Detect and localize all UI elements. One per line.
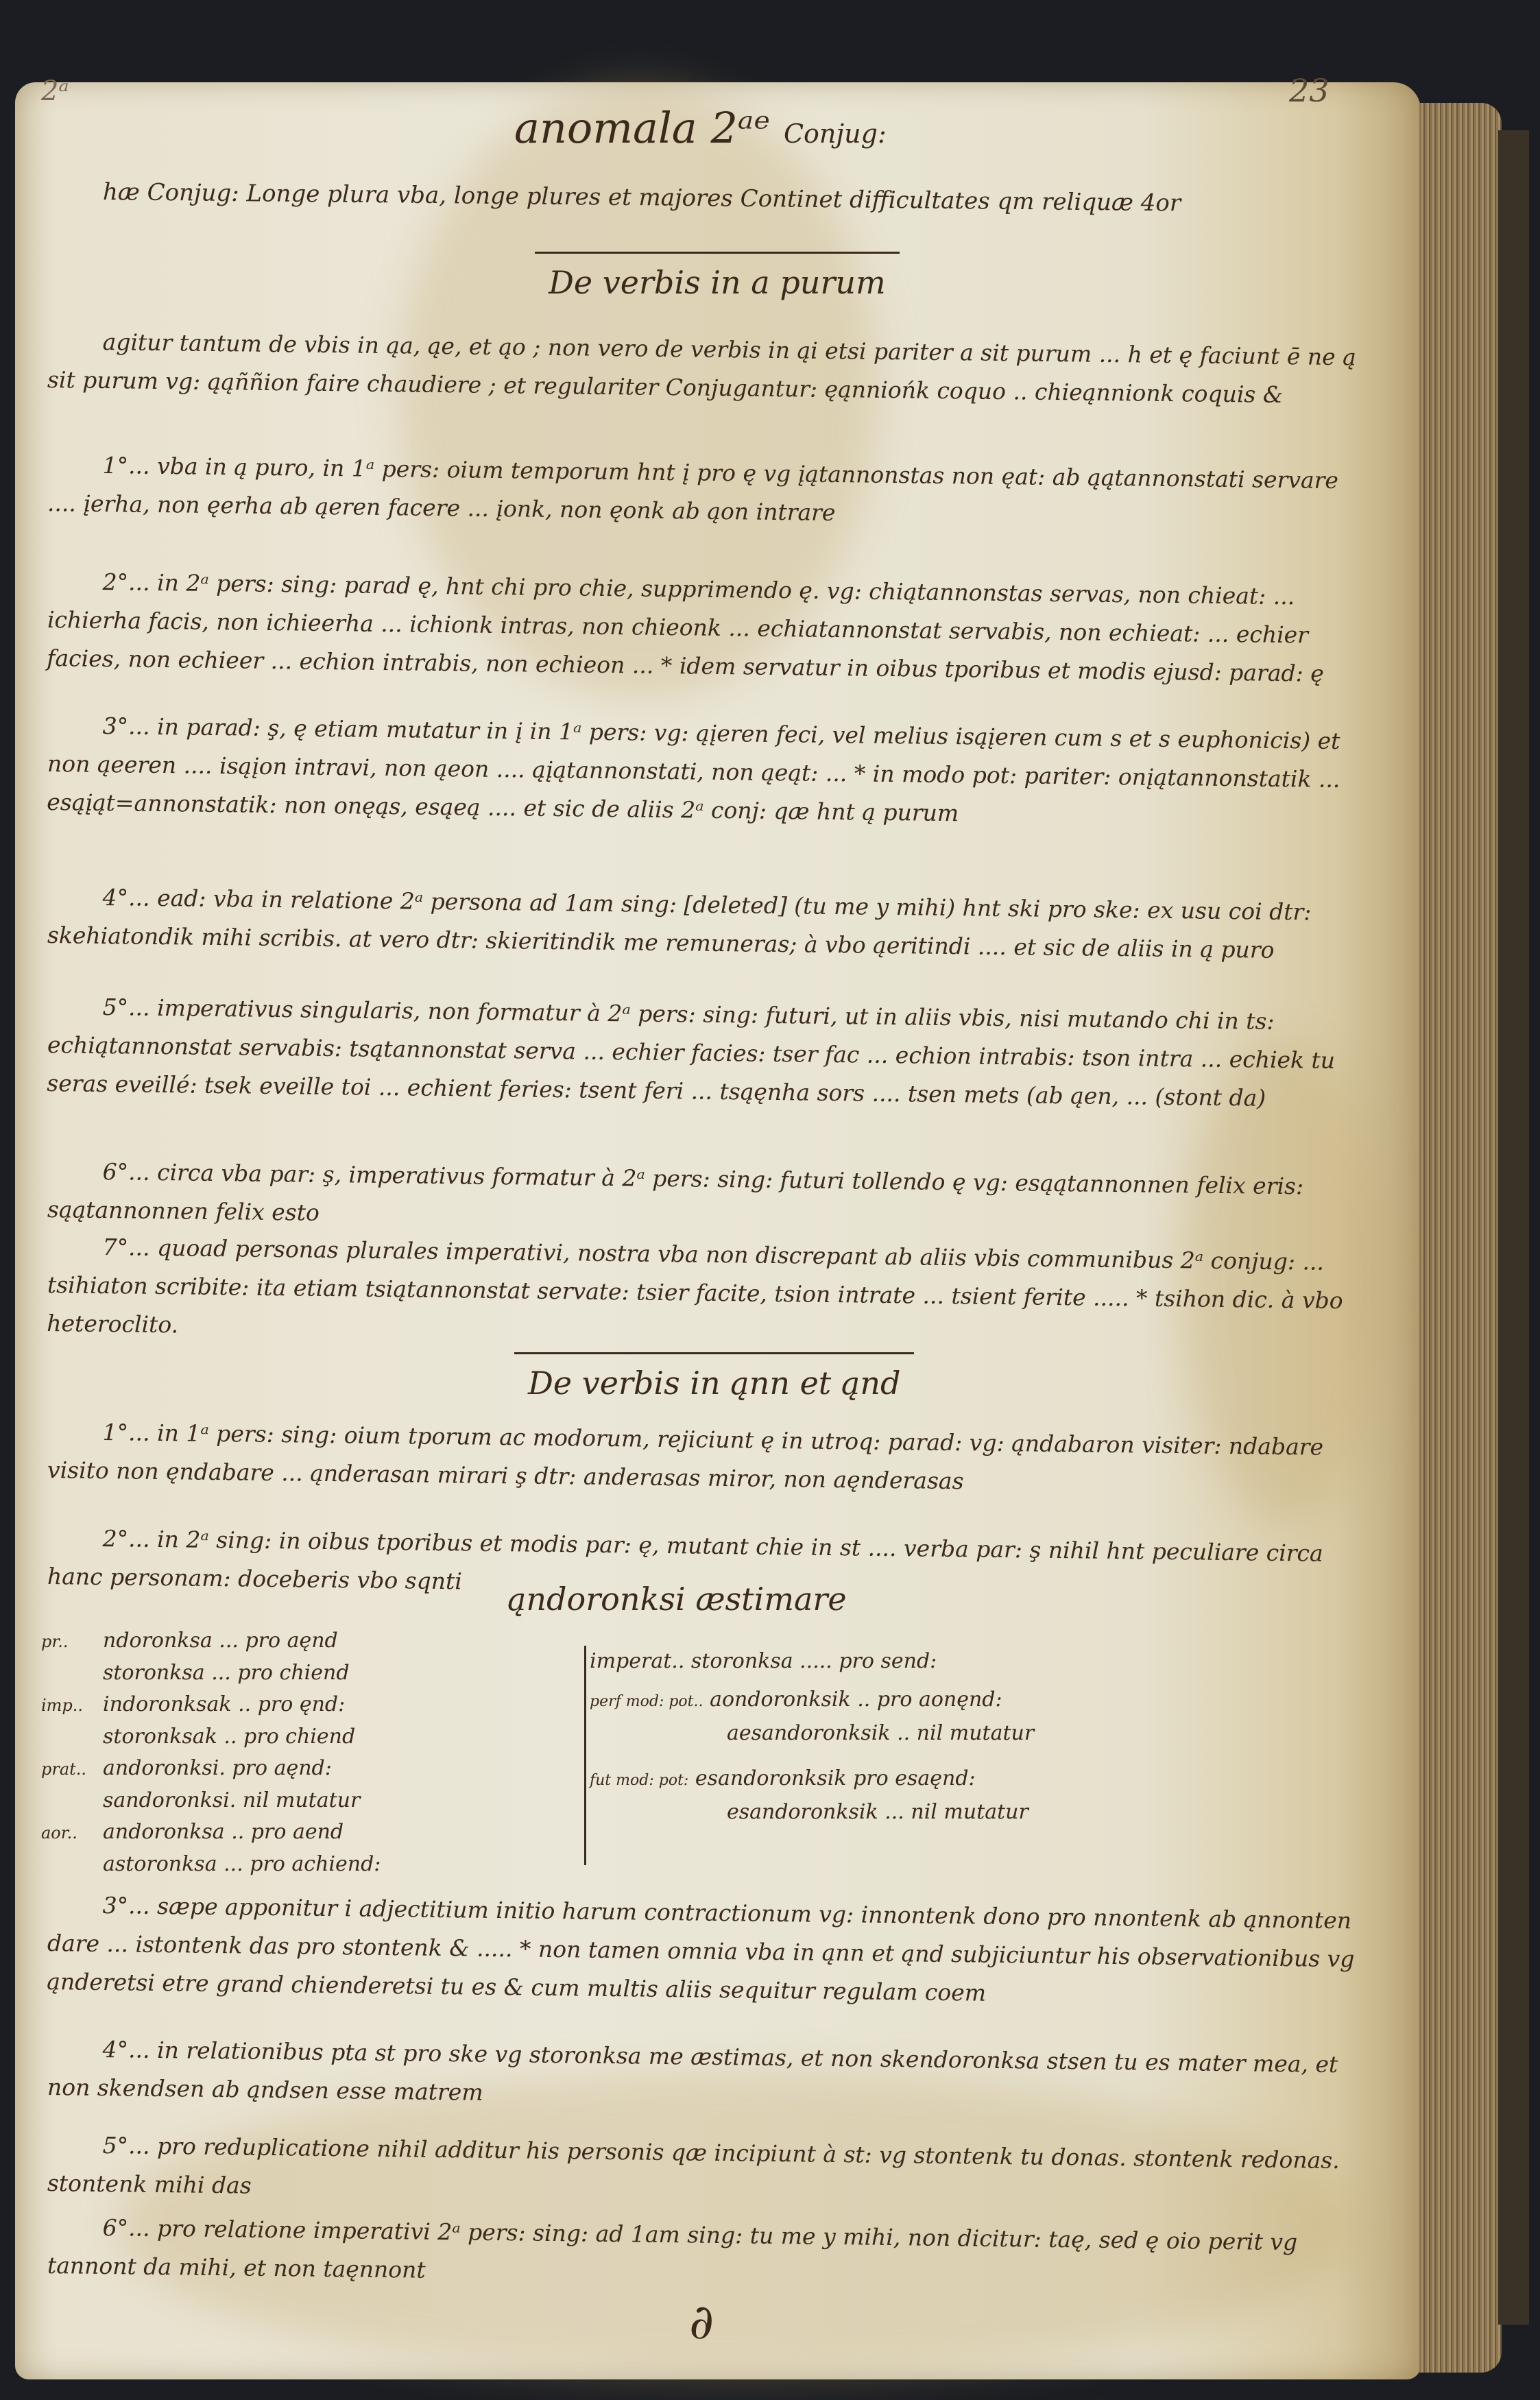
table-row: prat..andoronksi. pro aęnd: bbox=[41, 1753, 381, 1785]
form: storonksa ... pro chiend bbox=[41, 1657, 381, 1689]
conjugation-table-left: pr..ndoronksa ... pro aęnd storonksa ...… bbox=[41, 1625, 381, 1880]
paragraph-text: 1°... vba in ą puro, in 1ᵃ pers: oium te… bbox=[47, 452, 1338, 526]
form: andoronksa .. pro aend bbox=[103, 1820, 344, 1844]
paragraph: 7°... quoad personas plurales imperativi… bbox=[47, 1227, 1371, 1359]
finis-flourish: ∂ bbox=[689, 2294, 714, 2350]
form: indoronksak .. pro ęnd: bbox=[103, 1692, 345, 1716]
table-row: aor..andoronksa .. pro aend bbox=[41, 1816, 381, 1849]
page-title: anomala 2ᵃᵉ Conjug: bbox=[514, 103, 887, 153]
mood-label: fut mod: pot: bbox=[590, 1772, 688, 1789]
bracket-line bbox=[584, 1646, 586, 1865]
paragraph-text: 1°... in 1ᵃ pers: sing: oium tporum ac m… bbox=[47, 1419, 1324, 1494]
table-row: imp..indoronksak .. pro ęnd: bbox=[41, 1689, 381, 1721]
paragraph: 5°... pro reduplicatione nihil additur h… bbox=[47, 2126, 1371, 2219]
paragraph: 1°... vba in ą puro, in 1ᵃ pers: oium te… bbox=[47, 446, 1371, 539]
conjugation-table-right: imperat.. storonksa ..... pro send: perf… bbox=[590, 1646, 1034, 1828]
paragraph-text: 5°... pro reduplicatione nihil additur h… bbox=[47, 2132, 1340, 2199]
table-row: fut mod: pot: esandoronksik pro esaęnd: bbox=[590, 1763, 1034, 1797]
page-edges bbox=[1419, 103, 1502, 2373]
book-cover bbox=[1498, 130, 1529, 2325]
section-heading: De verbis in a purum bbox=[549, 264, 886, 301]
corner-mark: 2ᵃ bbox=[41, 75, 69, 107]
example-verb: ąndoronksi æstimare bbox=[507, 1581, 847, 1618]
form: storonksak .. pro chiend bbox=[41, 1721, 381, 1753]
form: sandoronksi. nil mutatur bbox=[41, 1785, 381, 1816]
paragraph: 5°... imperativus singularis, non format… bbox=[47, 987, 1371, 1119]
table-row: pr..ndoronksa ... pro aęnd bbox=[41, 1625, 381, 1657]
paragraph-text: 4°... ead: vba in relatione 2ᵃ persona a… bbox=[47, 884, 1312, 963]
paragraph: 6°... pro relatione imperativi 2ᵃ pers: … bbox=[47, 2208, 1371, 2301]
tense-label: pr.. bbox=[41, 1626, 103, 1657]
page-number: 23 bbox=[1289, 72, 1330, 109]
title-subtext: Conjug: bbox=[784, 119, 887, 149]
form: aondoronksik .. pro aonęnd: bbox=[710, 1688, 1002, 1712]
tense-label: aor.. bbox=[41, 1817, 103, 1849]
form: storonksa ..... pro send: bbox=[691, 1649, 937, 1673]
paragraph-text: 6°... circa vba par: ş, imperativus form… bbox=[47, 1158, 1304, 1226]
paragraph-text: 4°... in relationibus pta st pro ske vg … bbox=[47, 2036, 1338, 2106]
form: andoronksi. pro aęnd: bbox=[103, 1756, 332, 1780]
tense-label: imp.. bbox=[41, 1690, 103, 1721]
paragraph: agitur tantum de vbis in ąa, ąe, et ąo ;… bbox=[47, 322, 1371, 416]
tense-label: prat.. bbox=[41, 1753, 103, 1785]
form: aesandoronksik .. nil mutatur bbox=[590, 1718, 1034, 1749]
form: esandoronksik pro esaęnd: bbox=[695, 1766, 976, 1790]
section-heading: De verbis in ąnn et ąnd bbox=[528, 1365, 900, 1402]
mood-label: perf mod: pot.. bbox=[590, 1693, 703, 1710]
form: astoronksa ... pro achiend: bbox=[41, 1849, 381, 1880]
mood-label: imperat.. bbox=[590, 1649, 684, 1673]
paragraph-text: 3°... sæpe apponitur i adjectitium initi… bbox=[47, 1892, 1355, 2006]
paragraph: 1°... in 1ᵃ pers: sing: oium tporum ac m… bbox=[47, 1413, 1371, 1506]
paragraph-text: 3°... in parad: ş, ę etiam mutatur in į … bbox=[47, 712, 1340, 826]
paragraph-text: agitur tantum de vbis in ąa, ąe, et ąo ;… bbox=[47, 328, 1356, 408]
paragraph: 3°... sæpe apponitur i adjectitium initi… bbox=[47, 1886, 1371, 2017]
paragraph-text: 7°... quoad personas plurales imperativi… bbox=[47, 1234, 1343, 1338]
table-row: perf mod: pot.. aondoronksik .. pro aonę… bbox=[590, 1684, 1034, 1718]
form: ndoronksa ... pro aęnd bbox=[103, 1629, 338, 1653]
paragraph-text: 2°... in 2ᵃ pers: sing: parad ę, hnt chi… bbox=[47, 568, 1324, 687]
paragraph: 4°... ead: vba in relatione 2ᵃ persona a… bbox=[47, 878, 1371, 971]
paragraph-text: 5°... imperativus singularis, non format… bbox=[47, 994, 1335, 1112]
paragraph: 2°... in 2ᵃ pers: sing: parad ę, hnt chi… bbox=[47, 562, 1371, 694]
paragraph: 4°... in relationibus pta st pro ske vg … bbox=[47, 2030, 1371, 2123]
table-row: imperat.. storonksa ..... pro send: bbox=[590, 1646, 1034, 1677]
paragraph: 3°... in parad: ş, ę etiam mutatur in į … bbox=[47, 706, 1371, 838]
title-text: anomala 2ᵃᵉ bbox=[514, 103, 770, 153]
paragraph-text: 6°... pro relatione imperativi 2ᵃ pers: … bbox=[47, 2214, 1298, 2283]
form: esandoronksik ... nil mutatur bbox=[590, 1797, 1034, 1828]
